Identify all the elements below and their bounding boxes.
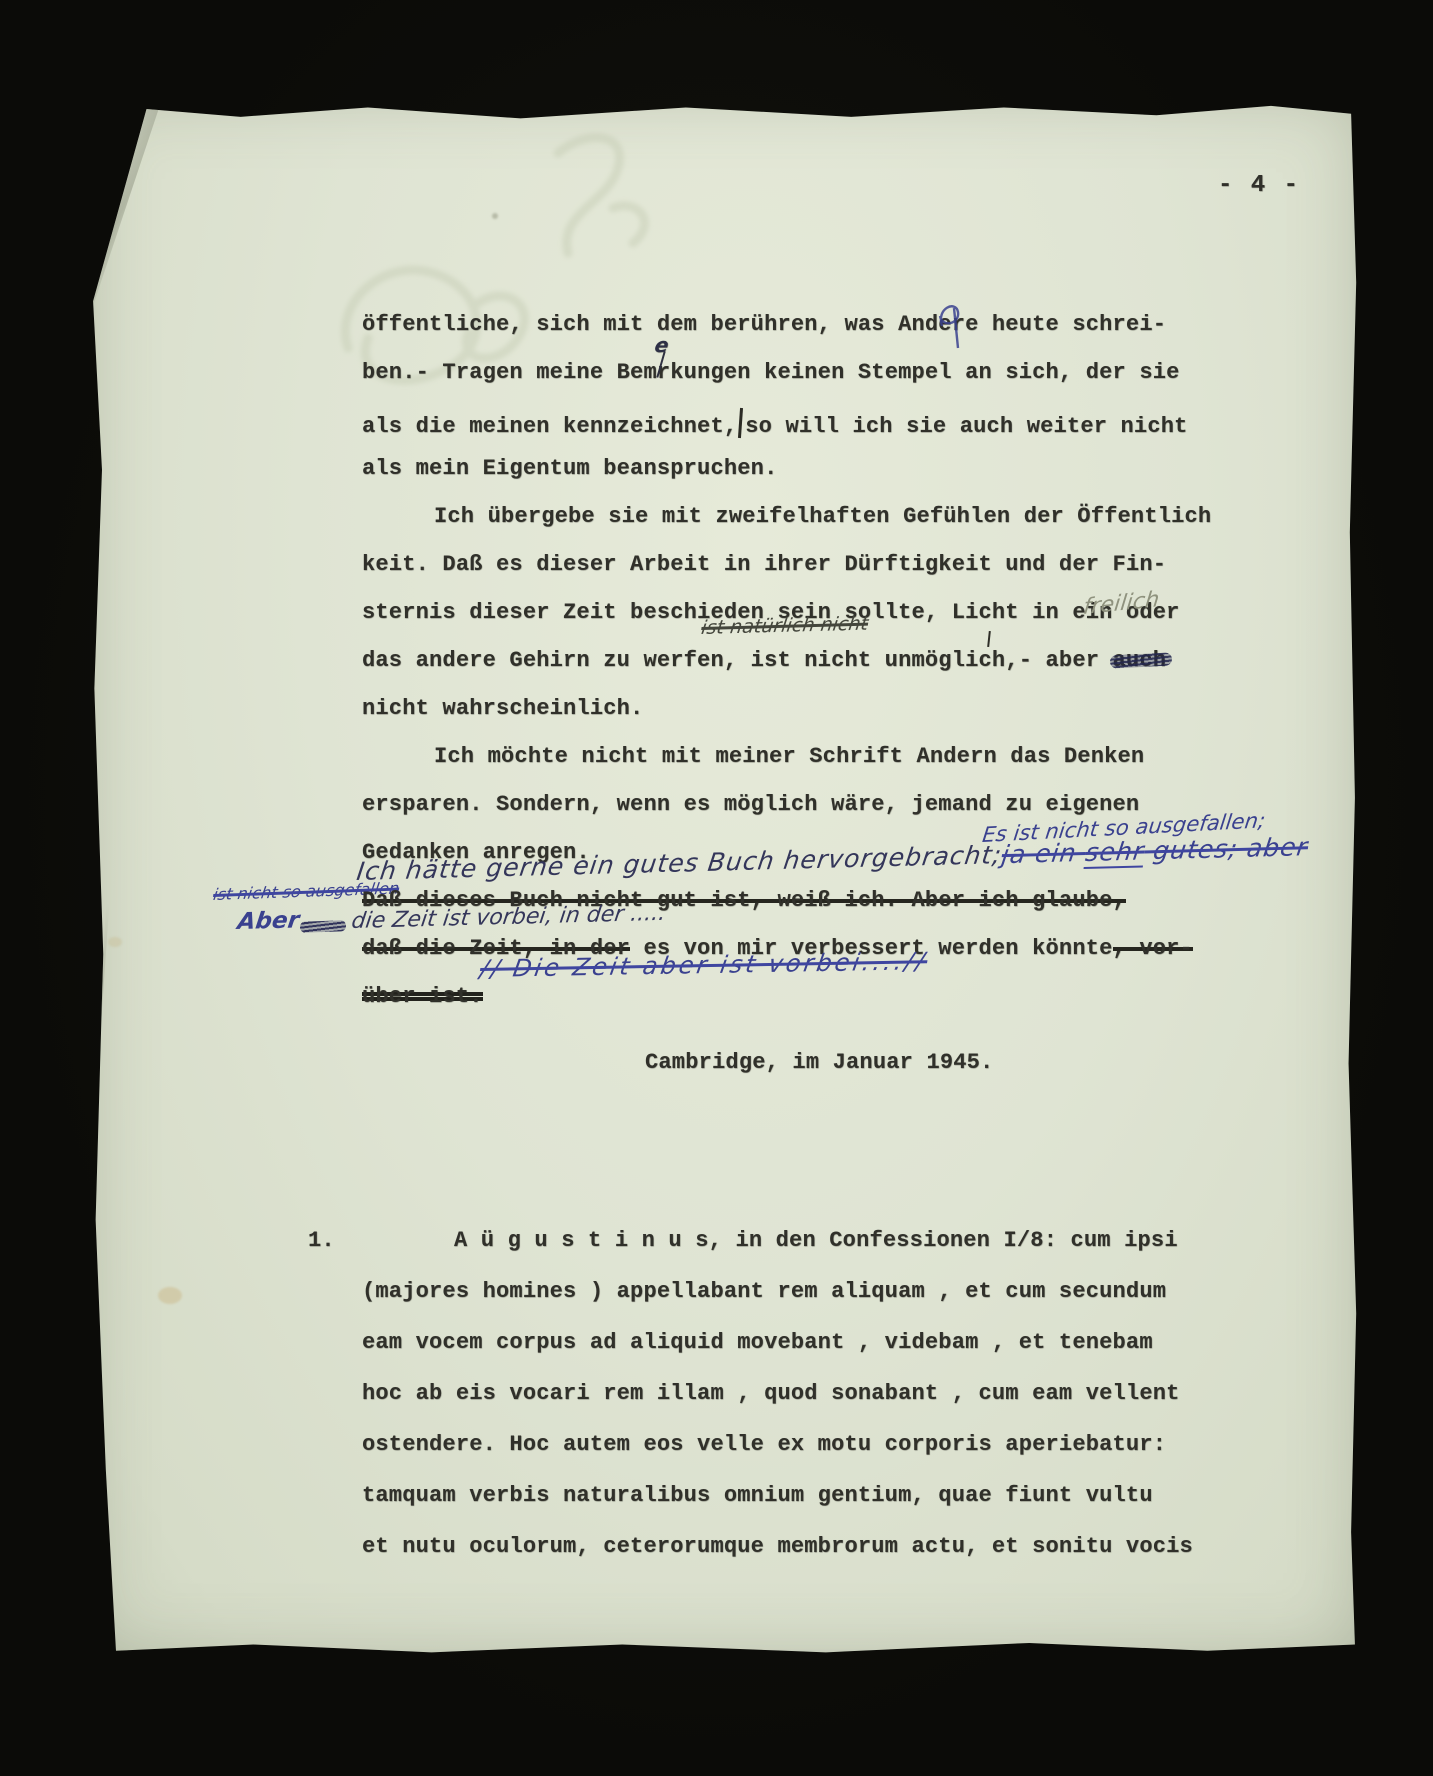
typed-line: Ich übergebe sie mit zweifelhaften Gefüh… (434, 504, 1211, 529)
footnote-line: A ü g u s t i n u s, in den Confessionen… (454, 1228, 1178, 1253)
footnote-line: hoc ab eis vocari rem illam , quod sonab… (362, 1381, 1180, 1406)
ink-offset-ghost (228, 113, 688, 433)
corner-fold (90, 105, 160, 315)
blue-deletion-loop-icon (928, 296, 968, 356)
edge-crease (88, 903, 110, 1173)
footnote-line: ostendere. Hoc autem eos velle ex motu c… (362, 1432, 1166, 1457)
typed-line: nicht wahrscheinlich. (362, 696, 643, 721)
deletion-loop-target: e (938, 312, 951, 337)
typed-line: ersparen. Sondern, wenn es möglich wäre,… (362, 792, 1139, 817)
typed-line: das andere Gehirn zu werfen, ist nicht u… (362, 648, 1166, 673)
paper-stain (158, 1287, 182, 1304)
typed-line-struck: über ist. (362, 984, 483, 1009)
footnote-line: eam vocem corpus ad aliquid movebant , v… (362, 1330, 1153, 1355)
document-page: - 4 - öffentliche, sich mit dem berühren… (88, 95, 1360, 1657)
paper-stain (108, 937, 122, 947)
pen-tick-icon (987, 631, 991, 647)
page-number: - 4 - (1218, 172, 1300, 199)
illegible-strikeout (300, 920, 346, 933)
typed-line: Ich möchte nicht mit meiner Schrift Ande… (434, 744, 1144, 769)
footnote-marker: 1. (308, 1228, 335, 1253)
footnote-line: (majores homines ) appellabant rem aliqu… (362, 1279, 1166, 1304)
scan-background: - 4 - öffentliche, sich mit dem berühren… (0, 0, 1433, 1776)
typed-line: ben.- Tragen meine Bemerkungen keinen St… (362, 360, 1180, 385)
scribbled-word: auch (1113, 648, 1167, 673)
pen-stroke-icon (738, 408, 743, 438)
footnote-line: et nutu oculorum, ceterorumque membrorum… (362, 1534, 1193, 1559)
annotation-ist-natuerlich-nicht: ist natürlich nicht (700, 613, 870, 639)
typed-line: keit. Daß es dieser Arbeit in ihrer Dürf… (362, 552, 1166, 577)
margin-note-aber: Aber (236, 907, 301, 935)
footnote-line: tamquam verbis naturalibus omnium gentiu… (362, 1483, 1153, 1508)
typed-line: als die meinen kennzeichnet,so will ich … (362, 408, 1188, 439)
dateline: Cambridge, im Januar 1945. (645, 1050, 993, 1075)
typed-line: öffentliche, sich mit dem berühren, was … (362, 312, 1166, 337)
typed-line: als mein Eigentum beanspruchen. (362, 456, 777, 481)
